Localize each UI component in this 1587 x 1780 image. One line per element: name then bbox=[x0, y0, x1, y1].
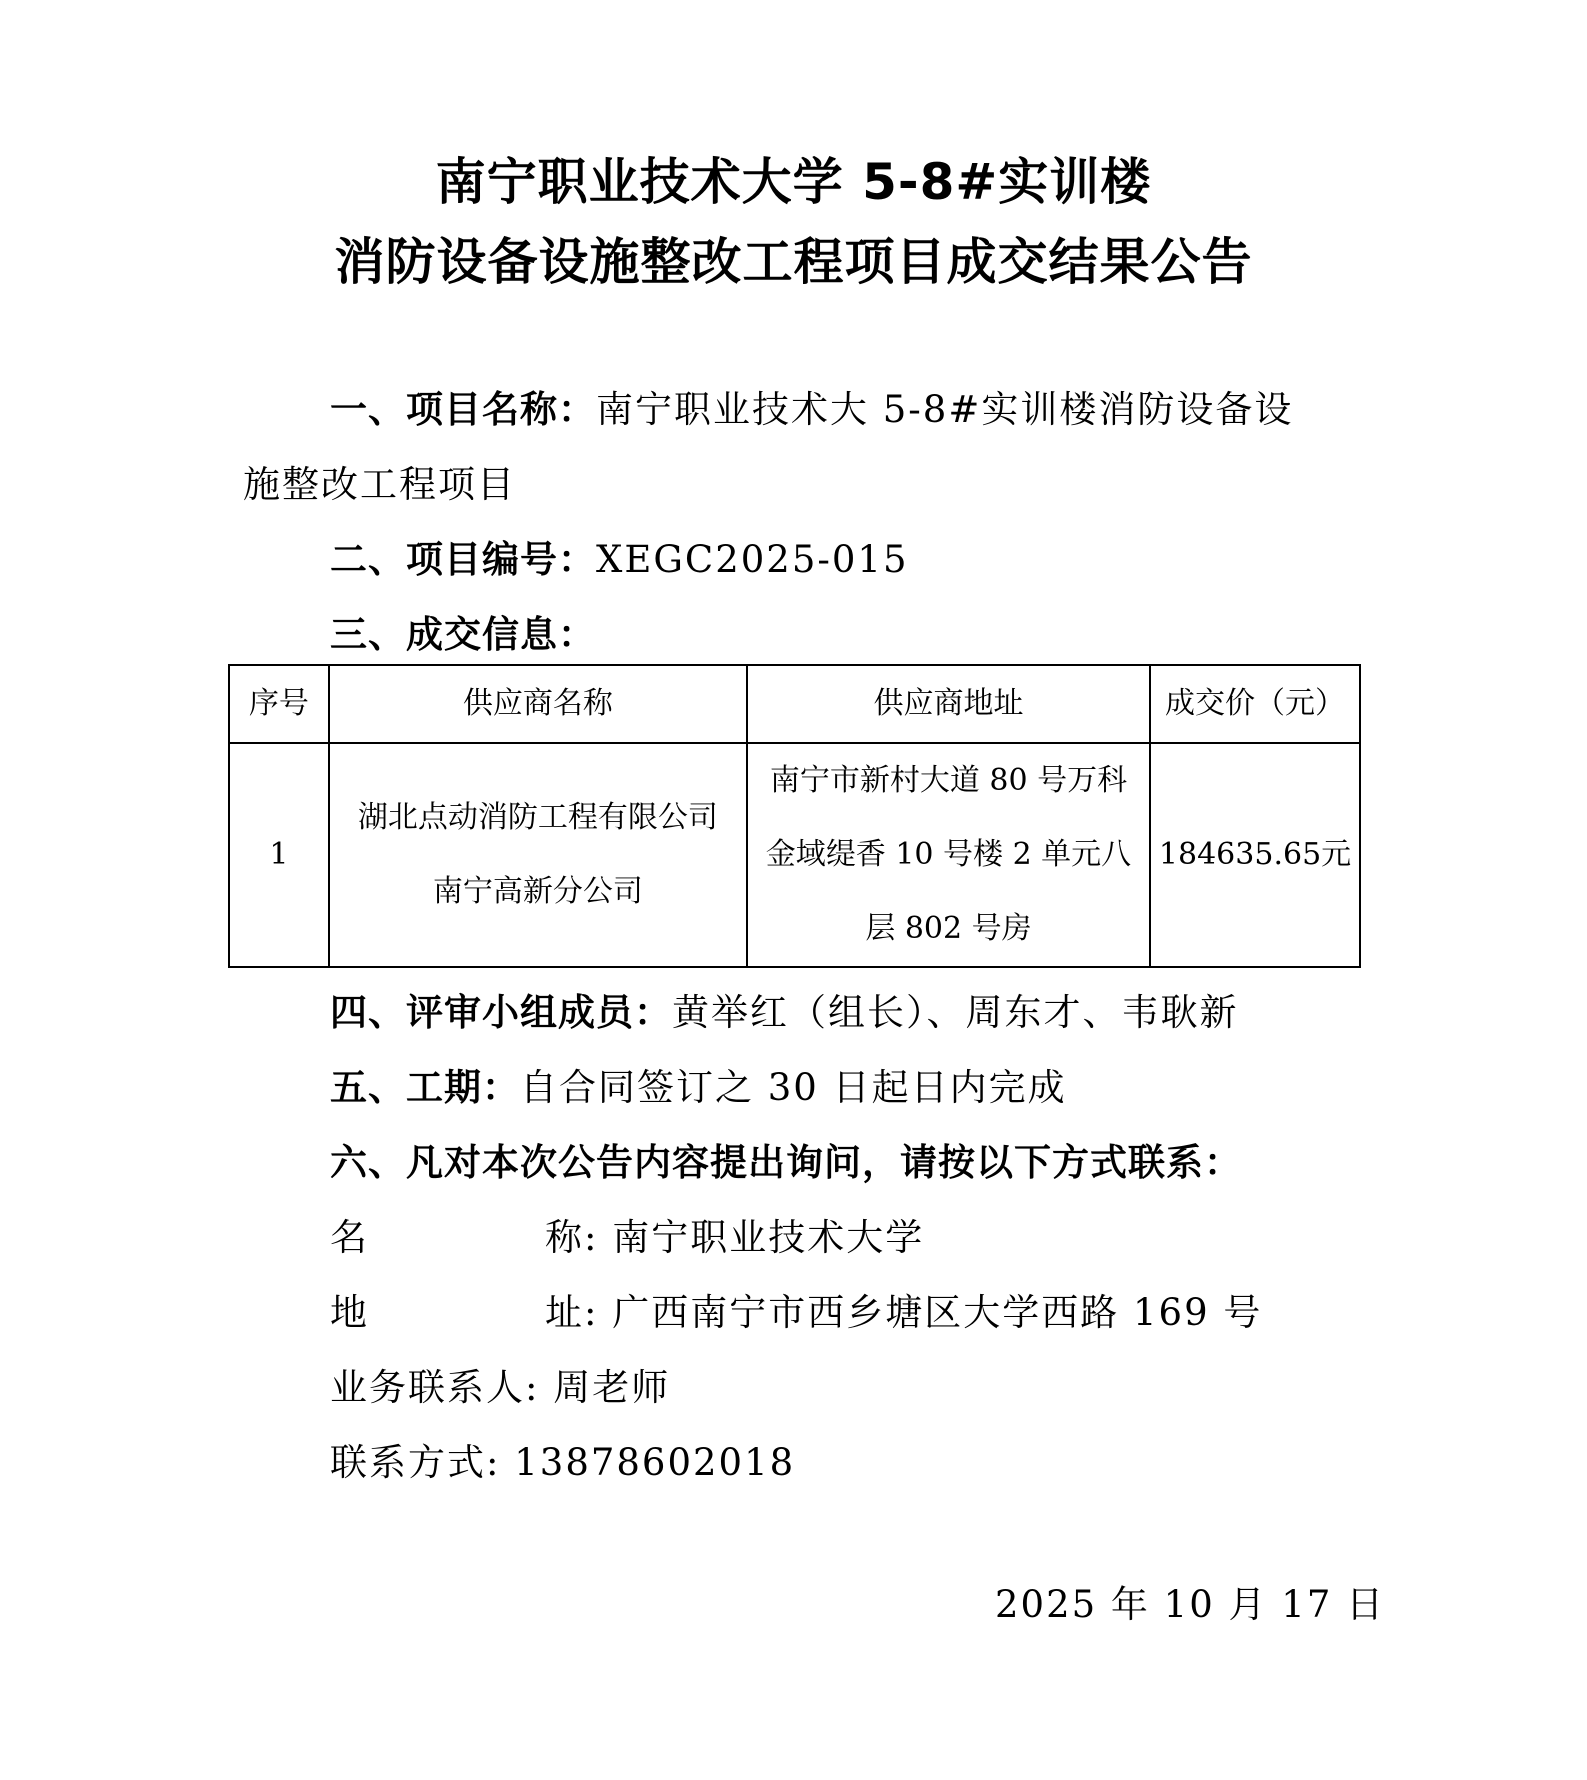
duration-label: 五、工期： bbox=[330, 1066, 520, 1109]
contact-phone-label: 联系方式: bbox=[330, 1441, 500, 1484]
contact-person-value: 周老师 bbox=[553, 1366, 670, 1409]
duration-row: 五、工期：自合同签订之 30 日起日内完成 bbox=[330, 1063, 1067, 1113]
header-index: 序号 bbox=[229, 665, 329, 743]
contact-address-value: 广西南宁市西乡塘区大学西路 169 号 bbox=[612, 1291, 1262, 1334]
project-name-value-line1: 南宁职业技术大 5-8#实训楼消防设备设 bbox=[596, 388, 1293, 431]
deal-info-label: 三、成交信息： bbox=[330, 613, 596, 656]
contact-heading: 六、凡对本次公告内容提出询问，请按以下方式联系： bbox=[330, 1138, 1242, 1188]
contact-name-label-1: 名 bbox=[330, 1213, 545, 1263]
contact-phone-value: 13878602018 bbox=[514, 1441, 795, 1484]
cell-price: 184635.65元 bbox=[1150, 743, 1360, 967]
table-header-row: 序号 供应商名称 供应商地址 成交价（元） bbox=[229, 665, 1360, 743]
cell-supplier-name: 湖北点动消防工程有限公司 南宁高新分公司 bbox=[329, 743, 747, 967]
announcement-title-line2: 消防设备设施整改工程项目成交结果公告 bbox=[0, 222, 1587, 302]
contact-name-value: 南宁职业技术大学 bbox=[612, 1216, 924, 1259]
supplier-address-line2: 金域缇香 10 号楼 2 单元八 bbox=[752, 818, 1145, 892]
review-team-value: 黄举红（组长）、周东才、韦耿新 bbox=[672, 991, 1239, 1034]
contact-name-row: 名称: 南宁职业技术大学 bbox=[330, 1213, 924, 1263]
review-team-row: 四、评审小组成员：黄举红（组长）、周东才、韦耿新 bbox=[330, 988, 1239, 1038]
duration-value: 自合同签订之 30 日起日内完成 bbox=[520, 1066, 1067, 1109]
project-name-label: 一、项目名称： bbox=[330, 388, 596, 431]
contact-name-label-2: 称: bbox=[545, 1216, 598, 1259]
contact-address-label-2: 址: bbox=[545, 1291, 598, 1334]
announcement-date: 2025 年 10 月 17 日 bbox=[995, 1580, 1385, 1630]
review-team-label: 四、评审小组成员： bbox=[330, 991, 672, 1034]
project-number-row: 二、项目编号：XEGC2025-015 bbox=[330, 535, 909, 585]
contact-heading-label: 六、凡对本次公告内容提出询问，请按以下方式联系： bbox=[330, 1141, 1242, 1184]
deal-table: 序号 供应商名称 供应商地址 成交价（元） 1 湖北点动消防工程有限公司 南宁高… bbox=[228, 664, 1361, 968]
contact-person-label: 业务联系人: bbox=[330, 1366, 539, 1409]
table-row: 1 湖北点动消防工程有限公司 南宁高新分公司 南宁市新村大道 80 号万科 金域… bbox=[229, 743, 1360, 967]
cell-index: 1 bbox=[229, 743, 329, 967]
contact-address-row: 地址: 广西南宁市西乡塘区大学西路 169 号 bbox=[330, 1288, 1262, 1338]
header-supplier-name: 供应商名称 bbox=[329, 665, 747, 743]
project-number-value: XEGC2025-015 bbox=[596, 538, 909, 581]
announcement-title-line1: 南宁职业技术大学 5-8#实训楼 bbox=[0, 142, 1587, 222]
contact-phone-row: 联系方式: 13878602018 bbox=[330, 1438, 795, 1488]
cell-supplier-address: 南宁市新村大道 80 号万科 金域缇香 10 号楼 2 单元八 层 802 号房 bbox=[747, 743, 1150, 967]
contact-address-label-1: 地 bbox=[330, 1288, 545, 1338]
deal-info-heading: 三、成交信息： bbox=[330, 610, 596, 660]
supplier-address-line3: 层 802 号房 bbox=[752, 892, 1145, 966]
project-name-value-line2: 施整改工程项目 bbox=[243, 460, 516, 510]
supplier-name-line1: 湖北点动消防工程有限公司 bbox=[334, 781, 742, 855]
supplier-name-line2: 南宁高新分公司 bbox=[334, 855, 742, 929]
contact-person-row: 业务联系人: 周老师 bbox=[330, 1363, 670, 1413]
project-name-row: 一、项目名称：南宁职业技术大 5-8#实训楼消防设备设 bbox=[330, 385, 1293, 435]
supplier-address-line1: 南宁市新村大道 80 号万科 bbox=[752, 744, 1145, 818]
project-number-label: 二、项目编号： bbox=[330, 538, 596, 581]
header-supplier-address: 供应商地址 bbox=[747, 665, 1150, 743]
header-price: 成交价（元） bbox=[1150, 665, 1360, 743]
